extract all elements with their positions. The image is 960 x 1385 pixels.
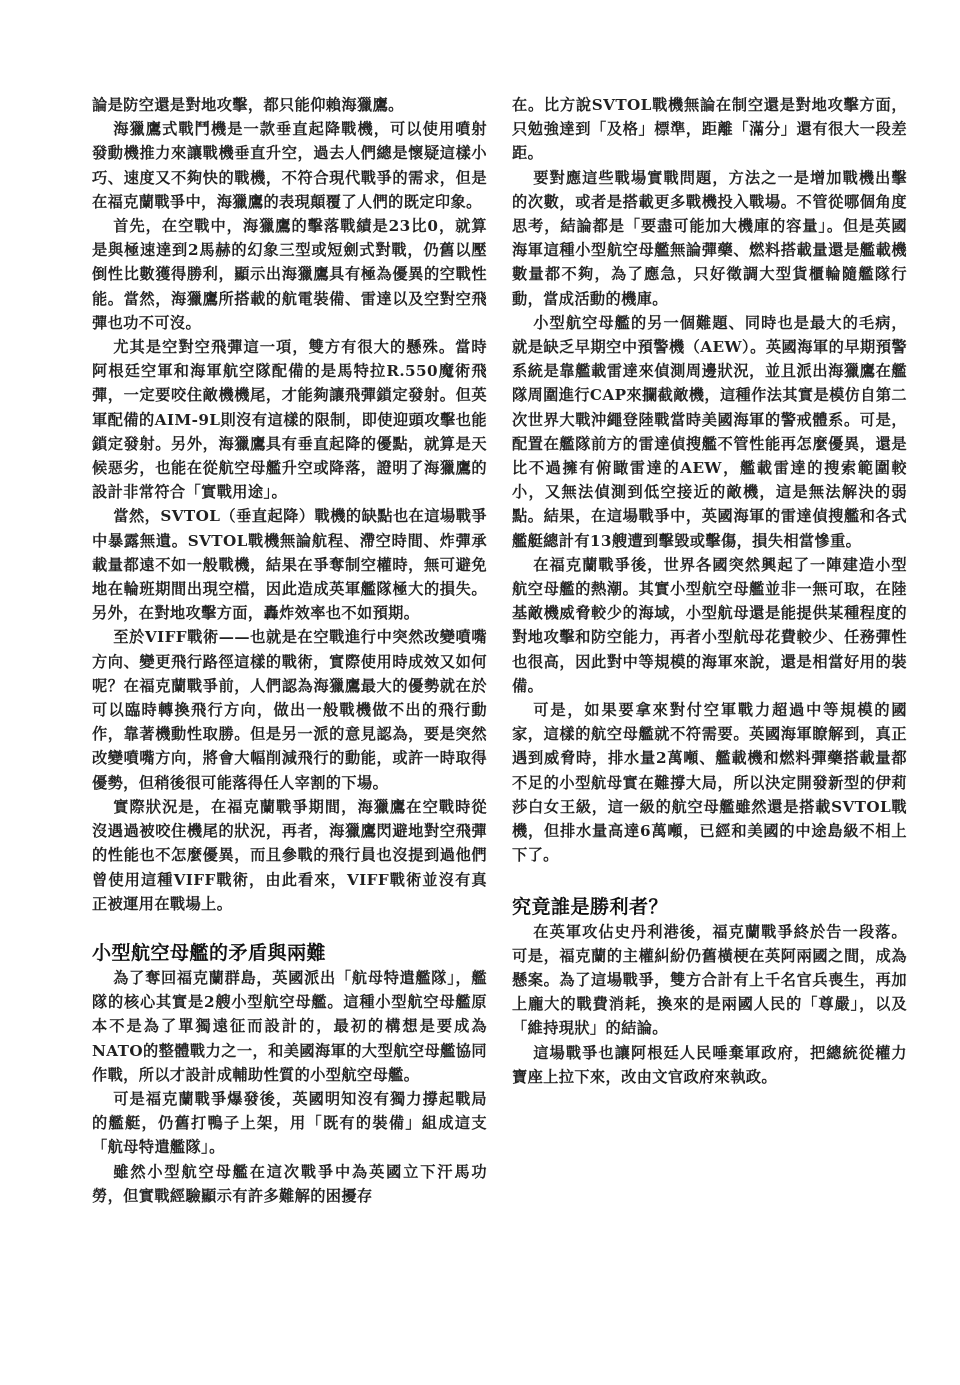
paragraph: 首先，在空戰中，海獵鷹的擊落戰績是23比0，就算是與極速達到2馬赫的幻象三型或短… — [92, 214, 487, 335]
paragraph: 為了奪回福克蘭群島，英國派出「航母特遣艦隊」，艦隊的核心其實是2艘小型航空母艦。… — [92, 966, 487, 1087]
paragraph: 在福克蘭戰爭後，世界各國突然興起了一陣建造小型航空母艦的熱潮。其實小型航空母艦並… — [512, 553, 907, 698]
section-heading-small-carriers: 小型航空母艦的矛盾與兩難 — [92, 940, 487, 966]
paragraph: 要對應這些戰場實戰問題，方法之一是增加戰機出擊的次數，或者是搭載更多戰機投入戰場… — [512, 166, 907, 311]
paragraph: 尤其是空對空飛彈這一項，雙方有很大的懸殊。當時阿根廷空軍和海軍航空隊配備的是馬特… — [92, 335, 487, 504]
paragraph: 可是福克蘭戰爭爆發後，英國明知沒有獨力撐起戰局的艦艇，仍舊打鴨子上架，用「既有的… — [92, 1087, 487, 1160]
paragraph: 在英軍攻佔史丹利港後，福克蘭戰爭終於告一段落。可是，福克蘭的主權糾紛仍舊橫梗在英… — [512, 920, 907, 1041]
paragraph: 實際狀況是，在福克蘭戰爭期間，海獵鷹在空戰時從沒遇過被咬住機尾的狀況，再者，海獵… — [92, 795, 487, 916]
section-heading-who-won: 究竟誰是勝利者？ — [512, 894, 907, 920]
paragraph: 論是防空還是對地攻擊，都只能仰賴海獵鷹。 — [92, 93, 487, 117]
document-page: 論是防空還是對地攻擊，都只能仰賴海獵鷹。 海獵鷹式戰鬥機是一款垂直起降戰機，可以… — [0, 0, 960, 1385]
paragraph: 可是，如果要拿來對付空軍戰力超過中等規模的國家，這樣的航空母艦就不符需要。英國海… — [512, 698, 907, 867]
paragraph: 雖然小型航空母艦在這次戰爭中為英國立下汗馬功勞，但實戰經驗顯示有許多難解的困擾存 — [92, 1160, 487, 1208]
paragraph: 當然，SVTOL（垂直起降）戰機的缺點也在這場戰爭中暴露無遺。SVTOL戰機無論… — [92, 504, 487, 625]
left-column: 論是防空還是對地攻擊，都只能仰賴海獵鷹。 海獵鷹式戰鬥機是一款垂直起降戰機，可以… — [92, 93, 487, 1208]
paragraph: 海獵鷹式戰鬥機是一款垂直起降戰機，可以使用噴射發動機推力來讓戰機垂直升空，過去人… — [92, 117, 487, 214]
paragraph: 在。比方說SVTOL戰機無論在制空還是對地攻擊方面，只勉強達到「及格」標準，距離… — [512, 93, 907, 166]
paragraph: 至於VIFF戰術——也就是在空戰進行中突然改變噴嘴方向、變更飛行路徑這樣的戰術，… — [92, 625, 487, 794]
right-column: 在。比方說SVTOL戰機無論在制空還是對地攻擊方面，只勉強達到「及格」標準，距離… — [512, 93, 907, 1089]
paragraph: 小型航空母艦的另一個難題、同時也是最大的毛病，就是缺乏早期空中預警機（AEW）。… — [512, 311, 907, 553]
paragraph: 這場戰爭也讓阿根廷人民唾棄軍政府，把總統從權力寶座上拉下來，改由文官政府來執政。 — [512, 1041, 907, 1089]
